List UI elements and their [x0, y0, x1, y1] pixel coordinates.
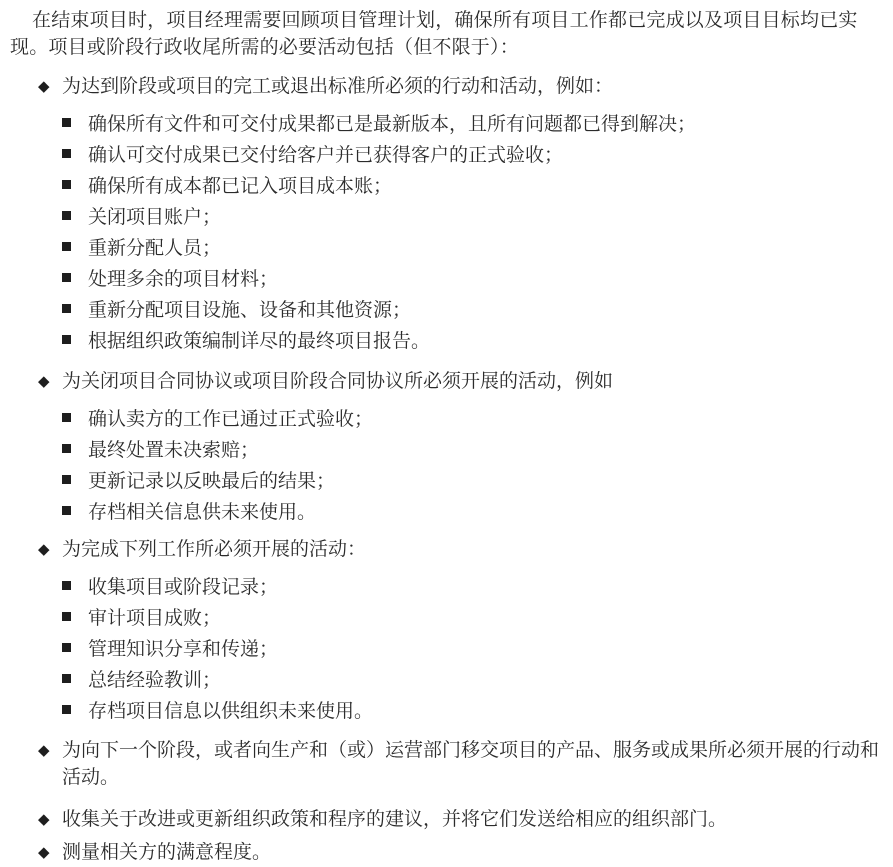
square-bullet-icon: [62, 211, 71, 220]
diamond-bullet-icon: ◆: [38, 536, 62, 563]
square-bullet-icon: [62, 643, 71, 652]
document-page: 在结束项目时，项目经理需要回顾项目管理计划，确保所有项目工作都已完成以及项目目标…: [0, 0, 893, 867]
intro-paragraph: 在结束项目时，项目经理需要回顾项目管理计划，确保所有项目工作都已完成以及项目目标…: [10, 7, 886, 61]
square-bullet-icon: [62, 674, 71, 683]
sub-list: 确保所有文件和可交付成果都已是最新版本，且所有问题都已得到解决； 确认可交付成果…: [38, 107, 888, 355]
diamond-bullet-icon: ◆: [38, 806, 62, 833]
section-handover: ◆ 为向下一个阶段，或者向生产和（或）运营部门移交项目的产品、服务或成果所必须开…: [38, 737, 888, 791]
square-bullet-icon: [62, 149, 71, 158]
sub-list: 收集项目或阶段记录； 审计项目成败； 管理知识分享和传递； 总结经验教训； 存档…: [38, 570, 888, 725]
list-item-text: 更新记录以反映最后的结果；: [88, 466, 335, 493]
list-item-text: 确保所有文件和可交付成果都已是最新版本，且所有问题都已得到解决；: [88, 109, 696, 136]
list-item: 确认可交付成果已交付给客户并已获得客户的正式验收；: [38, 138, 888, 169]
list-item-text: 存档项目信息以供组织未来使用。: [88, 696, 373, 723]
level1-item: ◆ 为完成下列工作所必须开展的活动：: [38, 536, 888, 563]
diamond-bullet-icon: ◆: [38, 73, 62, 100]
sub-list: 确认卖方的工作已通过正式验收； 最终处置未决索赔； 更新记录以反映最后的结果； …: [38, 402, 888, 526]
square-bullet-icon: [62, 335, 71, 344]
list-item: 确保所有成本都已记入项目成本账；: [38, 169, 888, 200]
square-bullet-icon: [62, 705, 71, 714]
list-item-text: 重新分配人员；: [88, 233, 221, 260]
section-heading: 为关闭项目合同协议或项目阶段合同协议所必须开展的活动，例如: [62, 368, 888, 395]
section-heading: 测量相关方的满意程度。: [62, 839, 888, 866]
list-item-text: 关闭项目账户；: [88, 202, 221, 229]
section-contract-closure: ◆ 为关闭项目合同协议或项目阶段合同协议所必须开展的活动，例如 确认卖方的工作已…: [38, 368, 888, 526]
list-item: 审计项目成败；: [38, 601, 888, 632]
level1-item: ◆ 为关闭项目合同协议或项目阶段合同协议所必须开展的活动，例如: [38, 368, 888, 395]
list-item: 关闭项目账户；: [38, 200, 888, 231]
diamond-bullet-icon: ◆: [38, 368, 62, 395]
list-item: 收集项目或阶段记录；: [38, 570, 888, 601]
square-bullet-icon: [62, 242, 71, 251]
section-improvement-suggestions: ◆ 收集关于改进或更新组织政策和程序的建议，并将它们发送给相应的组织部门。: [38, 806, 888, 833]
section-completion-criteria: ◆ 为达到阶段或项目的完工或退出标准所必须的行动和活动，例如： 确保所有文件和可…: [38, 73, 888, 355]
list-item-text: 最终处置未决索赔；: [88, 435, 259, 462]
level1-item: ◆ 为向下一个阶段，或者向生产和（或）运营部门移交项目的产品、服务或成果所必须开…: [38, 737, 888, 791]
list-item: 存档项目信息以供组织未来使用。: [38, 694, 888, 725]
square-bullet-icon: [62, 581, 71, 590]
section-heading: 为完成下列工作所必须开展的活动：: [62, 536, 888, 563]
list-item: 更新记录以反映最后的结果；: [38, 464, 888, 495]
list-item-text: 收集项目或阶段记录；: [88, 572, 278, 599]
list-item-text: 重新分配项目设施、设备和其他资源；: [88, 295, 411, 322]
list-item: 确认卖方的工作已通过正式验收；: [38, 402, 888, 433]
list-item: 处理多余的项目材料；: [38, 262, 888, 293]
diamond-bullet-icon: ◆: [38, 737, 62, 764]
square-bullet-icon: [62, 118, 71, 127]
list-item-text: 处理多余的项目材料；: [88, 264, 278, 291]
square-bullet-icon: [62, 273, 71, 282]
level1-item: ◆ 测量相关方的满意程度。: [38, 839, 888, 866]
square-bullet-icon: [62, 413, 71, 422]
section-stakeholder-satisfaction: ◆ 测量相关方的满意程度。: [38, 839, 888, 866]
square-bullet-icon: [62, 304, 71, 313]
square-bullet-icon: [62, 506, 71, 515]
list-item: 根据组织政策编制详尽的最终项目报告。: [38, 324, 888, 355]
square-bullet-icon: [62, 612, 71, 621]
list-item-text: 管理知识分享和传递；: [88, 634, 278, 661]
level1-item: ◆ 为达到阶段或项目的完工或退出标准所必须的行动和活动，例如：: [38, 73, 888, 100]
list-item: 存档相关信息供未来使用。: [38, 495, 888, 526]
list-item-text: 存档相关信息供未来使用。: [88, 497, 316, 524]
list-item-text: 审计项目成败；: [88, 603, 221, 630]
section-work-activities: ◆ 为完成下列工作所必须开展的活动： 收集项目或阶段记录； 审计项目成败； 管理…: [38, 536, 888, 725]
list-item: 确保所有文件和可交付成果都已是最新版本，且所有问题都已得到解决；: [38, 107, 888, 138]
list-item-text: 根据组织政策编制详尽的最终项目报告。: [88, 326, 430, 353]
square-bullet-icon: [62, 180, 71, 189]
list-item-text: 确认卖方的工作已通过正式验收；: [88, 404, 373, 431]
list-item: 总结经验教训；: [38, 663, 888, 694]
list-item-text: 确保所有成本都已记入项目成本账；: [88, 171, 392, 198]
list-item: 最终处置未决索赔；: [38, 433, 888, 464]
section-heading: 为达到阶段或项目的完工或退出标准所必须的行动和活动，例如：: [62, 73, 888, 100]
list-item: 重新分配人员；: [38, 231, 888, 262]
list-item: 管理知识分享和传递；: [38, 632, 888, 663]
square-bullet-icon: [62, 444, 71, 453]
section-heading: 为向下一个阶段，或者向生产和（或）运营部门移交项目的产品、服务或成果所必须开展的…: [62, 737, 888, 791]
list-item: 重新分配项目设施、设备和其他资源；: [38, 293, 888, 324]
list-item-text: 确认可交付成果已交付给客户并已获得客户的正式验收；: [88, 140, 563, 167]
level1-item: ◆ 收集关于改进或更新组织政策和程序的建议，并将它们发送给相应的组织部门。: [38, 806, 888, 833]
section-heading: 收集关于改进或更新组织政策和程序的建议，并将它们发送给相应的组织部门。: [62, 806, 888, 833]
diamond-bullet-icon: ◆: [38, 839, 62, 866]
list-item-text: 总结经验教训；: [88, 665, 221, 692]
square-bullet-icon: [62, 475, 71, 484]
